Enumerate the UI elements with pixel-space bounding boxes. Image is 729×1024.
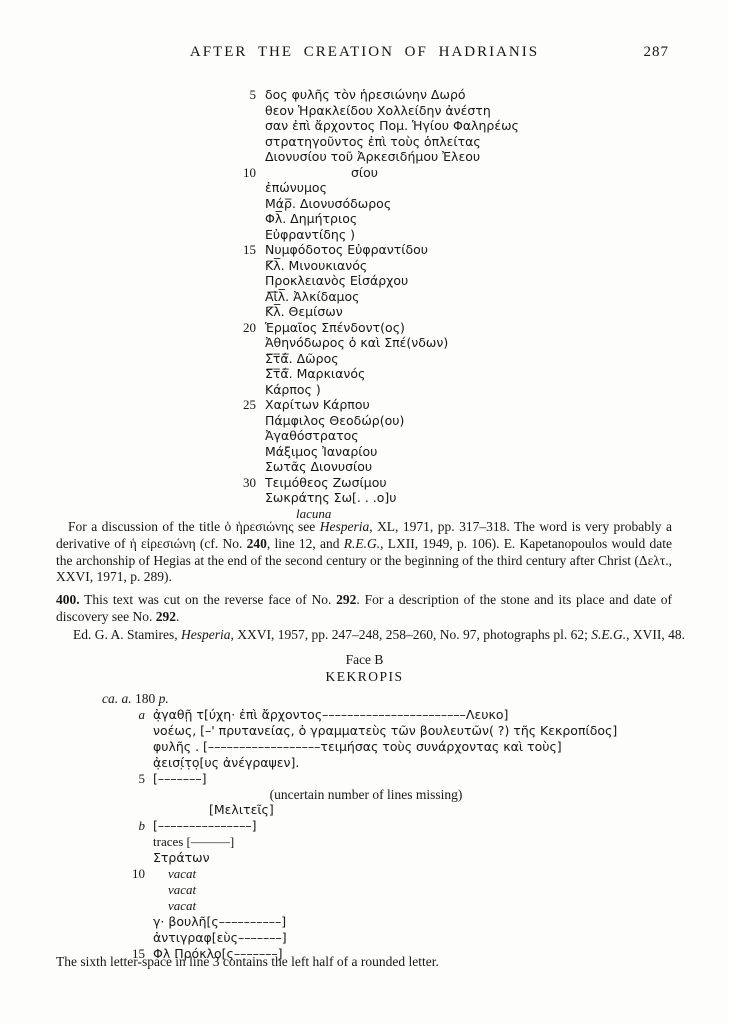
text-segment: p. — [159, 691, 169, 706]
line-number — [224, 289, 265, 305]
line-number — [224, 490, 265, 506]
inscription-line: Μάξιμος Ἰαναρίου — [224, 444, 519, 460]
face-b-heading: Face B — [0, 652, 729, 668]
text-segment: 400. — [56, 592, 80, 607]
text-segment: 240 — [247, 536, 267, 551]
inscription-line: 10vacat — [108, 866, 617, 882]
inscription-line: ἀντιγραφ[εὺς–––––––] — [108, 930, 617, 946]
line-number: 30 — [224, 475, 265, 491]
line-number — [224, 211, 265, 227]
inscription-line: Στράτων — [108, 850, 617, 866]
line-number — [108, 755, 153, 771]
date-note: ca. a. 180 p. — [102, 691, 169, 707]
line-text: Ἀγαθόστρατος — [265, 428, 359, 444]
text-segment: , XXVI, 1957, pp. 247–248, 258–260, No. … — [231, 627, 592, 642]
line-number — [224, 149, 265, 165]
line-text: δος φυλῆς τὸν ἡρεσιώνην Δωρό — [265, 87, 466, 103]
line-number — [224, 335, 265, 351]
line-number: 25 — [224, 397, 265, 413]
line-number — [224, 118, 265, 134]
inscription-line: 10σίου — [224, 165, 519, 181]
line-text: traces [––––––] — [153, 834, 234, 850]
inscription-line: Ἀγαθόστρατος — [224, 428, 519, 444]
line-text: Κ̅λ̅. Μινουκιανός — [265, 258, 367, 274]
line-number — [224, 366, 265, 382]
line-number — [224, 444, 265, 460]
line-number — [224, 103, 265, 119]
text-segment: For a discussion of the title ὁ ἡρεσιώνη… — [68, 519, 320, 534]
paragraph-discussion: For a discussion of the title ὁ ἡρεσιώνη… — [56, 519, 672, 586]
inscription-line: [Μελιτεῖς] — [108, 802, 617, 818]
line-number — [108, 898, 153, 914]
line-number: 10 — [108, 866, 153, 882]
line-number — [224, 196, 265, 212]
line-text: Μάξιμος Ἰαναρίου — [265, 444, 377, 460]
line-text: Φλ̅. Δημήτριος — [265, 211, 357, 227]
line-number — [224, 459, 265, 475]
line-number — [224, 227, 265, 243]
inscription-face-b: aἀ̣γαθῇ τ[ύχη· ἐπὶ ἄρχοντος–––––––––––––… — [108, 707, 617, 962]
footer-note: The sixth letter-space in line 3 contain… — [56, 954, 672, 970]
line-text: φυλῆς . [––––––––––––––––––τειμήσας τοὺς… — [153, 739, 562, 755]
inscription-line: 5δος φυλῆς τὸν ἡρεσιώνην Δωρό — [224, 87, 519, 103]
line-number — [108, 723, 153, 739]
inscription-line: vacat — [108, 898, 617, 914]
line-text: [–––––––] — [153, 771, 207, 787]
inscription-line: aἀ̣γαθῇ τ[ύχη· ἐπὶ ἄρχοντος–––––––––––––… — [108, 707, 617, 723]
inscription-line: Ἀθηνόδωρος ὁ καὶ Σπέ(νδων) — [224, 335, 519, 351]
text-segment: S.E.G. — [591, 627, 626, 642]
inscription-line: Φλ̅. Δημήτριος — [224, 211, 519, 227]
line-text: Ἀθηνόδωρος ὁ καὶ Σπέ(νδων) — [265, 335, 448, 351]
line-text: θεον Ἡρακλείδου Χολλείδην ἀνέστη — [265, 103, 491, 119]
text-segment: , line 12, and — [267, 536, 344, 551]
line-text: vacat — [153, 898, 196, 914]
text-segment: 180 — [132, 691, 159, 706]
inscription-line: 15Νυμφόδοτος Εὐφραντίδου — [224, 242, 519, 258]
line-number: 20 — [224, 320, 265, 336]
line-text: Προκλειανὸς Εἰσάρχου — [265, 273, 408, 289]
line-number — [108, 930, 153, 946]
line-number — [224, 304, 265, 320]
inscription-line: Α̅ἰ̅λ̅. Ἀλκίδαμος — [224, 289, 519, 305]
paragraph-entry-400: 400. This text was cut on the reverse fa… — [56, 592, 672, 626]
inscription-line: traces [––––––] — [108, 834, 617, 850]
inscription-line: σαν ἐπὶ ἄρχοντος Πομ. Ἡγίου Φαληρέως — [224, 118, 519, 134]
inscription-a: 5δος φυλῆς τὸν ἡρεσιώνην Δωρόθεον Ἡρακλε… — [224, 87, 519, 521]
inscription-line: Σ̅τ̅ά̅. Δῶρος — [224, 351, 519, 367]
text-segment: , XVII, 48. — [626, 627, 685, 642]
line-number: 15 — [224, 242, 265, 258]
inscription-line: 20Ἑρμαῖος Σπένδοντ(ος) — [224, 320, 519, 336]
inscription-line: b[–––––––––––––––] — [108, 818, 617, 834]
line-text: Κάρπος ) — [265, 382, 321, 398]
line-text: Σ̅τ̅ά̅. Δῶρος — [265, 351, 339, 367]
line-text: Χαρίτων Κάρπου — [265, 397, 370, 413]
line-text: Α̅ἰ̅λ̅. Ἀλκίδαμος — [265, 289, 360, 305]
inscription-line: Πάμφιλος Θεοδώρ(ου) — [224, 413, 519, 429]
line-text: Πάμφιλος Θεοδώρ(ου) — [265, 413, 404, 429]
line-text: [Μελιτεῖς] — [153, 802, 274, 818]
inscription-line: Σ̅τ̅ά̅. Μαρκιανός — [224, 366, 519, 382]
inscription-line: (uncertain number of lines missing) — [108, 787, 617, 803]
page-number: 287 — [644, 44, 670, 61]
line-number: a — [108, 707, 153, 723]
inscription-line: ἐπώνυμος — [224, 180, 519, 196]
inscription-line: 25Χαρίτων Κάρπου — [224, 397, 519, 413]
line-number — [224, 180, 265, 196]
line-text: Τειμόθεος Ζωσίμου — [265, 475, 387, 491]
inscription-line: Μάρ̅. Διονυσόδωρος — [224, 196, 519, 212]
line-number — [224, 428, 265, 444]
line-number — [224, 134, 265, 150]
inscription-line: Σωτᾶς Διονυσίου — [224, 459, 519, 475]
line-number — [108, 850, 153, 866]
text-segment: This text was cut on the reverse face of… — [80, 592, 337, 607]
inscription-line: 5[–––––––] — [108, 771, 617, 787]
text-segment: Hesperia — [181, 627, 231, 642]
line-number — [224, 258, 265, 274]
inscription-line: 30Τειμόθεος Ζωσίμου — [224, 475, 519, 491]
text-segment: Ed. G. A. Stamires, — [73, 627, 181, 642]
inscription-line: Κ̅λ̅. Μινουκιανός — [224, 258, 519, 274]
text-segment: 292 — [336, 592, 356, 607]
text-segment: . — [176, 609, 179, 624]
line-number — [108, 802, 153, 818]
text-segment: 292 — [156, 609, 176, 624]
inscription-line: Κ̅λ̅. Θεμίσων — [224, 304, 519, 320]
line-text: Σ̅τ̅ά̅. Μαρκιανός — [265, 366, 365, 382]
line-text: vacat — [153, 882, 196, 898]
line-text: ἀ̣γαθῇ τ[ύχη· ἐπὶ ἄρχοντος––––––––––––––… — [153, 707, 508, 723]
line-text: στρατηγοῦντος ἐπὶ τοὺς ὁπλείτας — [265, 134, 481, 150]
inscription-line: Προκλειανὸς Εἰσάρχου — [224, 273, 519, 289]
line-number — [108, 834, 153, 850]
line-number — [224, 351, 265, 367]
line-text: vacat — [153, 866, 196, 882]
inscription-line: vacat — [108, 882, 617, 898]
inscription-line: στρατηγοῦντος ἐπὶ τοὺς ὁπλείτας — [224, 134, 519, 150]
line-number — [224, 273, 265, 289]
line-number: 10 — [224, 165, 265, 181]
inscription-line: γ· βουλῆ[ς––––––––––] — [108, 914, 617, 930]
text-segment: ca. a. — [102, 691, 132, 706]
line-text: Ἑρμαῖος Σπένδοντ(ος) — [265, 320, 405, 336]
inscription-line: Κάρπος ) — [224, 382, 519, 398]
line-text: ἀντιγραφ[εὺς–––––––] — [153, 930, 287, 946]
line-number — [108, 882, 153, 898]
line-text: (uncertain number of lines missing) — [153, 787, 579, 803]
document-page: AFTER THE CREATION OF HADRIANIS 287 5δος… — [0, 0, 729, 1024]
text-segment: Hesperia — [320, 519, 370, 534]
line-text: ἐπώνυμος — [265, 180, 327, 196]
line-text: Σωκράτης Σω[. . .ο]υ — [265, 490, 397, 506]
line-text: Διονυσίου τοῦ Ἀρκεσιδήμου Ἐλεου — [265, 149, 480, 165]
line-number: b — [108, 818, 153, 834]
line-text: Νυμφόδοτος Εὐφραντίδου — [265, 242, 428, 258]
line-text: [–––––––––––––––] — [153, 818, 257, 834]
line-number — [224, 382, 265, 398]
inscription-line: Διονυσίου τοῦ Ἀρκεσιδήμου Ἐλεου — [224, 149, 519, 165]
line-text: σαν ἐπὶ ἄρχοντος Πομ. Ἡγίου Φαληρέως — [265, 118, 519, 134]
inscription-line: φυλῆς . [––––––––––––––––––τειμήσας τοὺς… — [108, 739, 617, 755]
line-text: Μάρ̅. Διονυσόδωρος — [265, 196, 391, 212]
line-text: νοέως, [–' πρυτανείας, ὁ γραμματεὺς τῶν … — [153, 723, 617, 739]
line-number — [108, 914, 153, 930]
inscription-line: ἀ̣εισί̣τ̣ο̣[υς ἀνέγραψεν]. — [108, 755, 617, 771]
line-text: σίου — [265, 165, 378, 181]
line-number — [108, 739, 153, 755]
text-segment: R.E.G. — [344, 536, 380, 551]
line-text: Κ̅λ̅. Θεμίσων — [265, 304, 343, 320]
inscription-line: θεον Ἡρακλείδου Χολλείδην ἀνέστη — [224, 103, 519, 119]
inscription-line: Σωκράτης Σω[. . .ο]υ — [224, 490, 519, 506]
line-number: 5 — [108, 771, 153, 787]
line-number — [108, 787, 153, 803]
line-text: Εὐφραντίδης ) — [265, 227, 355, 243]
inscription-line: Εὐφραντίδης ) — [224, 227, 519, 243]
line-text: Στράτων — [153, 850, 210, 866]
line-text: Σωτᾶς Διονυσίου — [265, 459, 372, 475]
line-text: γ· βουλῆ[ς––––––––––] — [153, 914, 286, 930]
line-number — [224, 413, 265, 429]
page-title: AFTER THE CREATION OF HADRIANIS — [0, 44, 729, 61]
tribe-heading: KEKROPIS — [0, 669, 729, 685]
line-number: 5 — [224, 87, 265, 103]
paragraph-edition: Ed. G. A. Stamires, Hesperia, XXVI, 1957… — [56, 627, 672, 644]
inscription-line: νοέως, [–' πρυτανείας, ὁ γραμματεὺς τῶν … — [108, 723, 617, 739]
line-text: ἀ̣εισί̣τ̣ο̣[υς ἀνέγραψεν]. — [153, 755, 299, 771]
